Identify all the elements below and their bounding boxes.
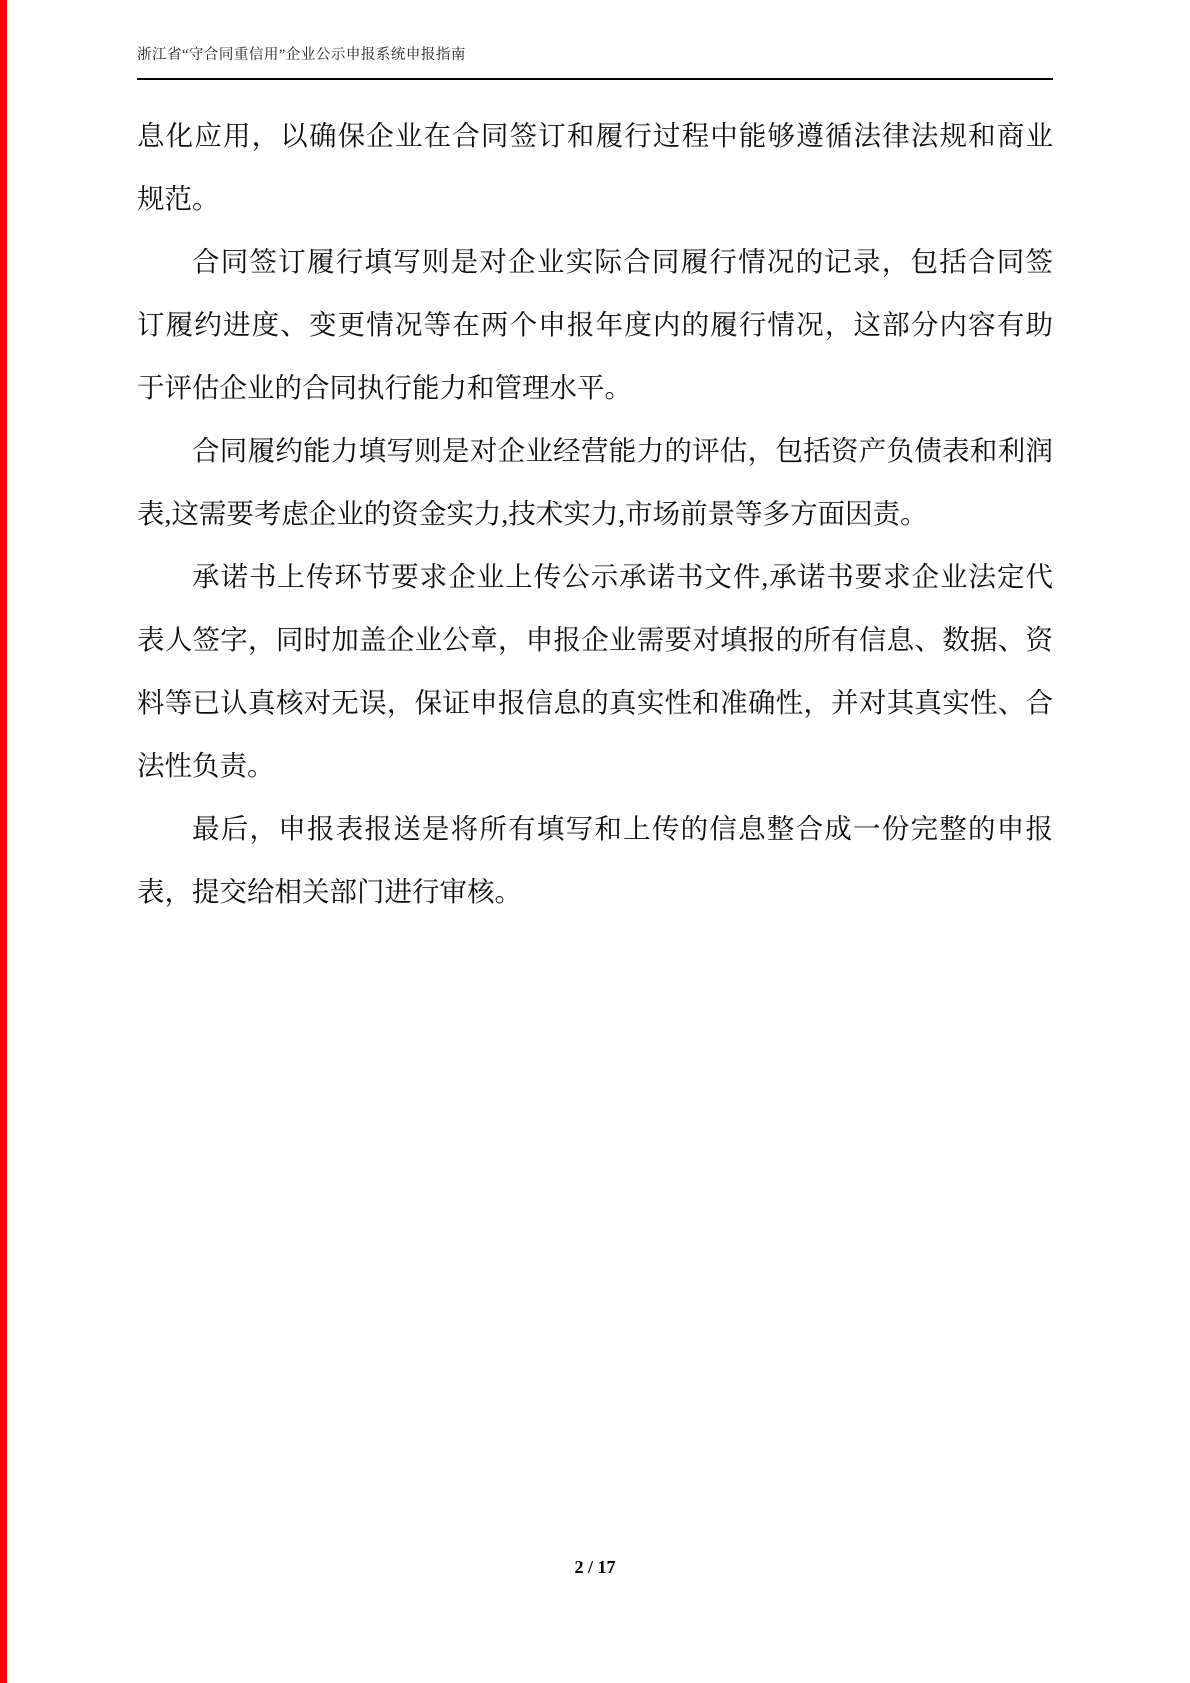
text-line: 料等已认真核对无误，保证申报信息的真实性和准确性，并对其真实性、合 — [137, 671, 1053, 734]
text-line: 于评估企业的合同执行能力和管理水平。 — [137, 356, 1053, 419]
paragraph: 合同履约能力填写则是对企业经营能力的评估，包括资产负债表和利润表,这需要考虑企业… — [137, 419, 1053, 545]
text-line: 订履约进度、变更情况等在两个申报年度内的履行情况，这部分内容有助 — [137, 293, 1053, 356]
text-line: 最后，申报表报送是将所有填写和上传的信息整合成一份完整的申报 — [137, 797, 1053, 860]
text-line: 表,这需要考虑企业的资金实力,技术实力,市场前景等多方面因责。 — [137, 482, 1053, 545]
text-line: 合同签订履行填写则是对企业实际合同履行情况的记录，包括合同签 — [137, 230, 1053, 293]
header-title: 浙江省“守合同重信用”企业公示申报系统申报指南 — [137, 46, 1053, 64]
paragraph: 合同签订履行填写则是对企业实际合同履行情况的记录，包括合同签订履约进度、变更情况… — [137, 230, 1053, 419]
document-body: 息化应用，以确保企业在合同签订和履行过程中能够遵循法律法规和商业规范。合同签订履… — [137, 104, 1053, 923]
page-header: 浙江省“守合同重信用”企业公示申报系统申报指南 — [137, 0, 1053, 80]
text-line: 法性负责。 — [137, 734, 1053, 797]
text-line: 承诺书上传环节要求企业上传公示承诺书文件,承诺书要求企业法定代 — [137, 545, 1053, 608]
text-line: 合同履约能力填写则是对企业经营能力的评估，包括资产负债表和利润 — [137, 419, 1053, 482]
paragraph: 承诺书上传环节要求企业上传公示承诺书文件,承诺书要求企业法定代表人签字，同时加盖… — [137, 545, 1053, 797]
text-line: 表，提交给相关部门进行审核。 — [137, 860, 1053, 923]
text-line: 表人签字，同时加盖企业公章，申报企业需要对填报的所有信息、数据、资 — [137, 608, 1053, 671]
page-number: 2 / 17 — [574, 1557, 615, 1577]
paragraph: 最后，申报表报送是将所有填写和上传的信息整合成一份完整的申报表，提交给相关部门进… — [137, 797, 1053, 923]
document-page: 浙江省“守合同重信用”企业公示申报系统申报指南 息化应用，以确保企业在合同签订和… — [0, 0, 1190, 1683]
text-line: 息化应用，以确保企业在合同签订和履行过程中能够遵循法律法规和商业 — [137, 104, 1053, 167]
text-line: 规范。 — [137, 167, 1053, 230]
paragraph: 息化应用，以确保企业在合同签订和履行过程中能够遵循法律法规和商业规范。 — [137, 104, 1053, 230]
page-footer: 2 / 17 — [137, 1556, 1053, 1578]
header-rule — [137, 78, 1053, 80]
left-accent-bar — [0, 0, 7, 1683]
